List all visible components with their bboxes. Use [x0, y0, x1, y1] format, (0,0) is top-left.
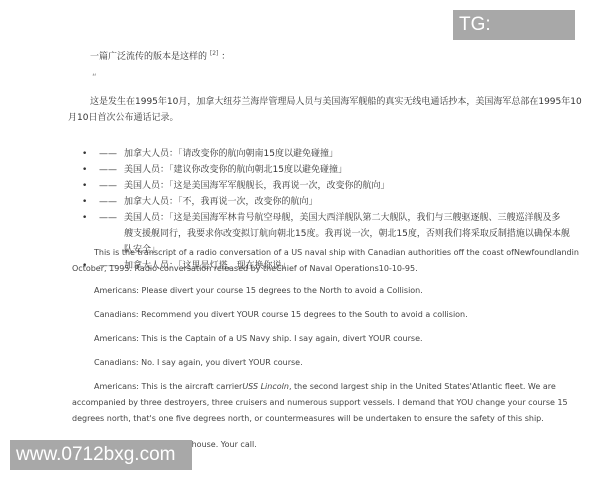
transcript-carrier-line-2: accompanied by three destroyers, three c…: [72, 394, 568, 411]
english-intro-line-2: October, 1995. Radio conversation releas…: [72, 260, 418, 277]
dash-mark: ——: [99, 146, 117, 162]
list-item-text: 美国人员：「建议你改变你的航向朝北15度以避免碰撞」: [124, 165, 347, 175]
dash-mark: ——: [99, 194, 117, 210]
intro-text: 一篇广泛流传的版本是这样的: [90, 52, 207, 62]
list-item: • —— 美国人员：「建议你改变你的航向朝北15度以避免碰撞」: [68, 162, 588, 178]
open-quote-mark: “: [92, 70, 97, 86]
dash-mark: ——: [99, 162, 117, 178]
transcript-line: Canadians: No. I say again, you divert Y…: [94, 354, 303, 371]
carrier-rest: , the second largest ship in the United …: [289, 382, 556, 391]
list-item-text-line: 美国人员：「这是美国海军林肯号航空母舰，美国大西洋舰队第二大舰队，我们与三艘驱逐…: [124, 210, 588, 226]
list-item: • —— 加拿大人员：「不，我再说一次，改变你的航向」: [68, 194, 588, 210]
intro-colon: ：: [221, 52, 230, 62]
english-intro-line-1: This is the transcript of a radio conver…: [94, 244, 579, 261]
dash-mark: ——: [99, 210, 117, 226]
context-line-2: 月10日首次公布通话记录。: [68, 110, 178, 126]
bullet-dot: •: [82, 194, 87, 210]
list-item: • —— 加拿大人员：「请改变你的航向朝南15度以避免碰撞」: [68, 146, 588, 162]
list-item-text-line: 艘支援舰同行，我要求你改变拟订航向朝北15度。我再说一次，朝北15度，否则我们将…: [124, 226, 588, 242]
list-item-text: 加拿大人员：「请改变你的航向朝南15度以避免碰撞」: [124, 149, 338, 159]
bullet-dot: •: [82, 146, 87, 162]
list-item-text: 美国人员：「这是美国海军军舰舰长，我再说一次，改变你的航向」: [124, 181, 390, 191]
context-line-1: 这是发生在1995年10月，加拿大纽芬兰海岸管理局人员与美国海军舰船的真实无线电…: [90, 94, 582, 110]
transcript-line: Americans: This is the Captain of a US N…: [94, 330, 423, 347]
ship-name: USS Lincoln: [242, 382, 289, 391]
bullet-dot: •: [82, 178, 87, 194]
carrier-prefix: Americans: This is the aircraft carrier: [94, 382, 242, 391]
dash-mark: ——: [99, 178, 117, 194]
bullet-dot: •: [82, 162, 87, 178]
bullet-dot: •: [82, 210, 87, 226]
list-item: • —— 美国人员：「这是美国海军军舰舰长，我再说一次，改变你的航向」: [68, 178, 588, 194]
transcript-carrier-line-1: Americans: This is the aircraft carrierU…: [94, 378, 556, 395]
intro-paragraph: 一篇广泛流传的版本是这样的 [2] ：: [90, 46, 230, 65]
list-item-text: 加拿大人员：「不，我再说一次，改变你的航向」: [124, 197, 318, 207]
transcript-line: Americans: Please divert your course 15 …: [94, 282, 423, 299]
transcript-carrier-line-3: degrees north, that's one five degrees n…: [72, 410, 544, 427]
watermark-top-right: TG: MYYJJPP: [453, 10, 575, 40]
footnote-link[interactable]: [2]: [210, 50, 219, 57]
transcript-line: Canadians: Recommend you divert YOUR cou…: [94, 306, 468, 323]
watermark-bottom-left: www.0712bxg.com: [10, 440, 192, 470]
